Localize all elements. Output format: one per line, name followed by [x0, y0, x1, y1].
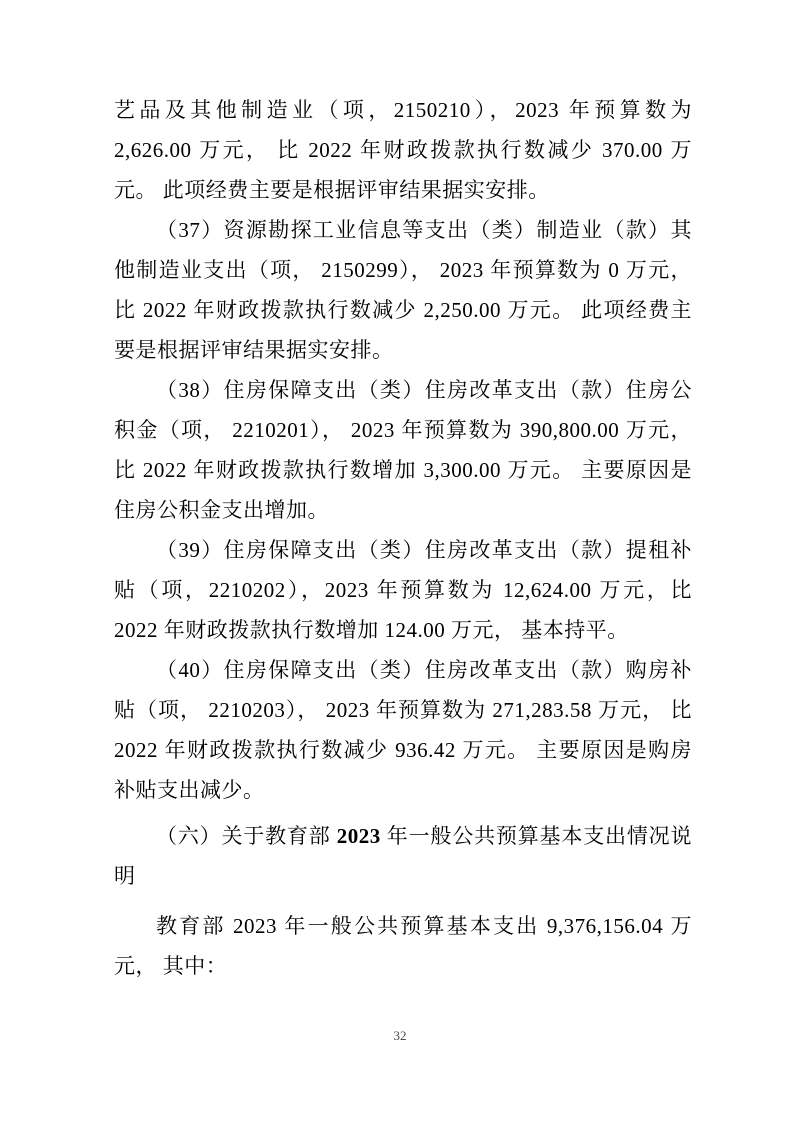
paragraph-37: （37）资源勘探工业信息等支出（类）制造业（款）其他制造业支出（项， 21502…	[114, 210, 692, 370]
document-content: 艺品及其他制造业（项，2150210），2023 年预算数为 2,626.00 …	[114, 90, 692, 986]
section-heading-6: （六）关于教育部 2023 年一般公共预算基本支出情况说明	[114, 816, 692, 896]
document-page: 艺品及其他制造业（项，2150210），2023 年预算数为 2,626.00 …	[0, 0, 800, 1131]
page-number: 32	[0, 1028, 800, 1044]
paragraph-38: （38）住房保障支出（类）住房改革支出（款）住房公积金（项， 2210201），…	[114, 370, 692, 530]
paragraph-39: （39）住房保障支出（类）住房改革支出（款）提租补贴（项，2210202），20…	[114, 530, 692, 650]
heading-text-pre: （六）关于教育部	[156, 824, 337, 848]
heading-year-bold: 2023	[337, 824, 381, 848]
paragraph-40: （40）住房保障支出（类）住房改革支出（款）购房补贴（项， 2210203）， …	[114, 650, 692, 810]
paragraph-36-continuation: 艺品及其他制造业（项，2150210），2023 年预算数为 2,626.00 …	[114, 90, 692, 210]
paragraph-basic-expenditure: 教育部 2023 年一般公共预算基本支出 9,376,156.04 万元， 其中…	[114, 906, 692, 986]
